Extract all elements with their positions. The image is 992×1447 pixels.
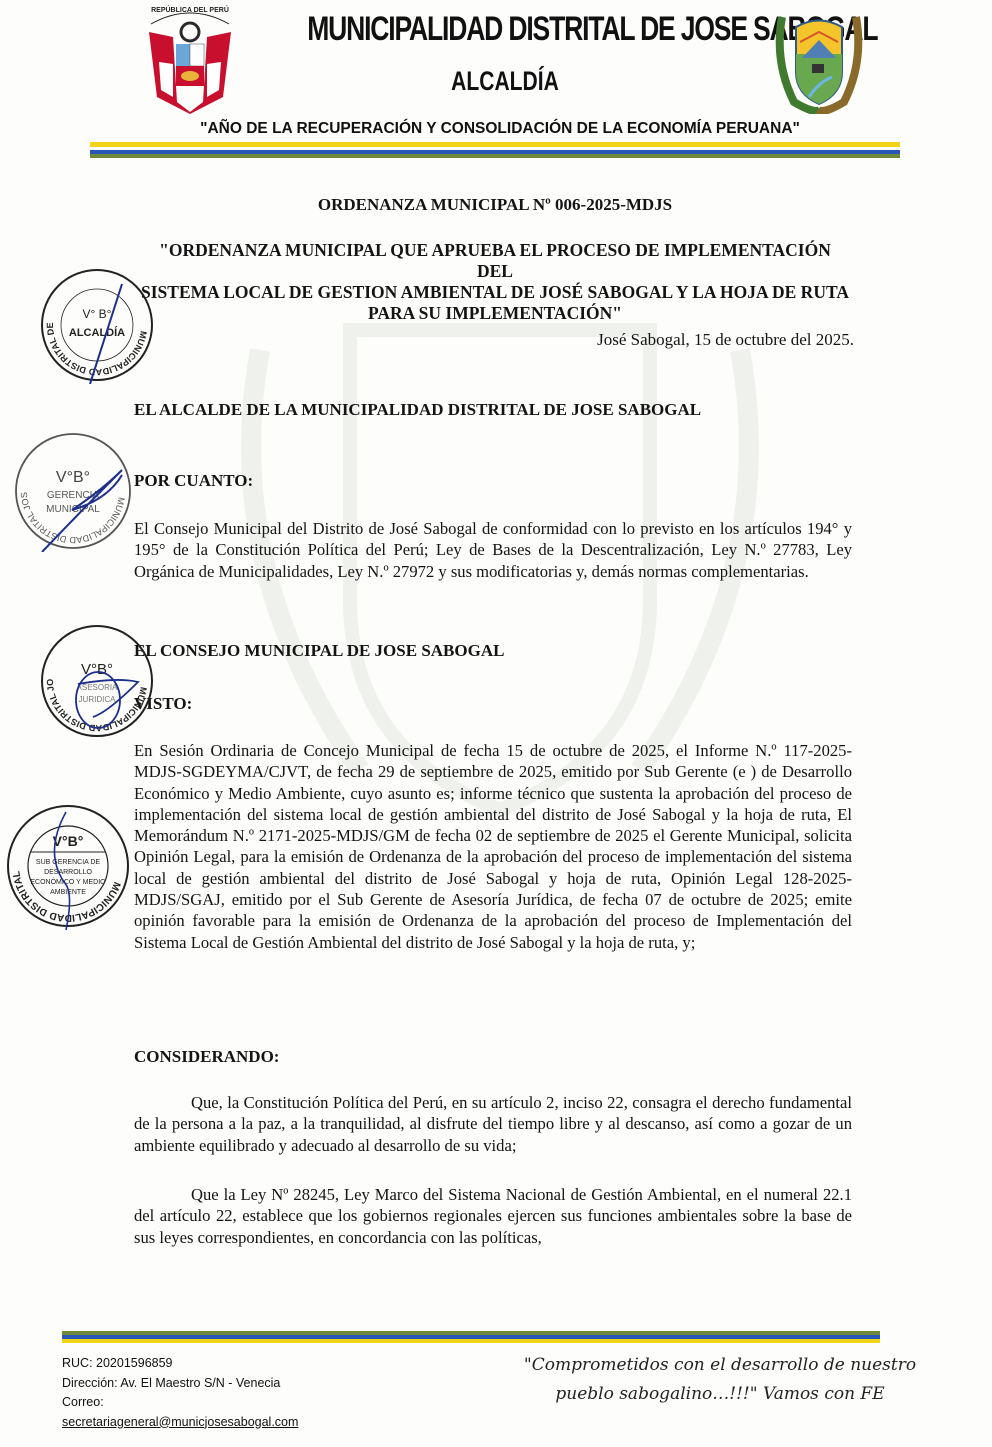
svg-text:V°B°: V°B° [56,469,90,486]
peru-coat-of-arms-icon: REPÚBLICA DEL PERÚ [143,2,237,114]
slogan-line-2: pueblo sabogalino…!!!" Vamos con FE [480,1380,960,1409]
svg-text:DESARROLLO: DESARROLLO [44,869,92,876]
year-motto: "AÑO DE LA RECUPERACIÓN Y CONSOLIDACIÓN … [150,120,850,138]
stamp-sub-gerencia-desarrollo-icon: MUNICIPALIDAD DISTRITAL JOSE SABOGAL V°B… [4,802,132,930]
stamp-alcaldia-icon: MUNICIPALIDAD DISTRITAL DE JOSE SABOGAL … [38,266,156,384]
svg-text:REPÚBLICA DEL PERÚ: REPÚBLICA DEL PERÚ [151,5,229,14]
jose-sabogal-coat-of-arms-icon [774,2,864,114]
office-name: ALCALDÍA [408,66,603,97]
footer-contact: RUC: 20201596859 Dirección: Av. El Maest… [62,1354,298,1432]
ordinance-title: "ORDENANZA MUNICIPAL QUE APRUEBA EL PROC… [140,240,850,324]
address: Dirección: Av. El Maestro S/N - Venecia [62,1374,298,1394]
svg-text:JURIDICA: JURIDICA [79,695,117,704]
considerando-paragraph-1: Que, la Constitución Política del Perú, … [134,1092,852,1156]
title-line-2: SISTEMA LOCAL DE GESTION AMBIENTAL DE JO… [140,282,850,303]
por-cuanto-paragraph: El Consejo Municipal del Distrito de Jos… [134,518,852,582]
considerando-paragraph-2: Que la Ley Nº 28245, Ley Marco del Siste… [134,1184,852,1248]
ruc: RUC: 20201596859 [62,1354,298,1374]
visto-paragraph: En Sesión Ordinaria de Concejo Municipal… [134,740,852,953]
institution-name: MUNICIPALIDAD DISTRITAL DE JOSE SABOGAL [307,10,713,49]
considerando-heading: CONSIDERANDO: [134,1047,279,1067]
email-link[interactable]: secretariageneral@municjosesabogal.com [62,1415,298,1429]
issuer-heading: EL ALCALDE DE LA MUNICIPALIDAD DISTRITAL… [134,400,701,420]
council-heading: EL CONSEJO MUNICIPAL DE JOSE SABOGAL [134,641,504,661]
svg-text:SUB GERENCIA DE: SUB GERENCIA DE [36,859,101,866]
header-rule-yellow [90,142,900,147]
slogan-line-1: "Comprometidos con el desarrollo de nues… [480,1351,960,1380]
svg-text:ECONÓMICO Y MEDIO: ECONÓMICO Y MEDIO [30,877,106,886]
ordinance-number: ORDENANZA MUNICIPAL Nº 006-2025-MDJS [130,195,860,215]
svg-text:V° B°: V° B° [83,307,112,321]
title-line-1: "ORDENANZA MUNICIPAL QUE APRUEBA EL PROC… [140,240,850,282]
svg-text:ALCALDÍA: ALCALDÍA [69,326,125,339]
stamp-asesoria-juridica-icon: MUNICIPALIDAD DISTRITAL JOSE SABOGAL V°B… [38,622,156,740]
svg-text:ASESORIA: ASESORIA [77,683,119,692]
email-label: Correo: [62,1393,298,1413]
place-date: José Sabogal, 15 de octubre del 2025. [597,330,854,350]
footer-slogan: "Comprometidos con el desarrollo de nues… [480,1351,960,1409]
stamp-gerencia-municipal-icon: MUNICIPALIDAD DISTRITAL JOSE SABOGAL V°B… [12,430,134,552]
footer-rule-yellow [62,1339,880,1343]
por-cuanto-heading: POR CUANTO: [134,471,253,491]
header-rule-green [90,154,900,158]
title-line-3: PARA SU IMPLEMENTACIÓN" [140,303,850,324]
